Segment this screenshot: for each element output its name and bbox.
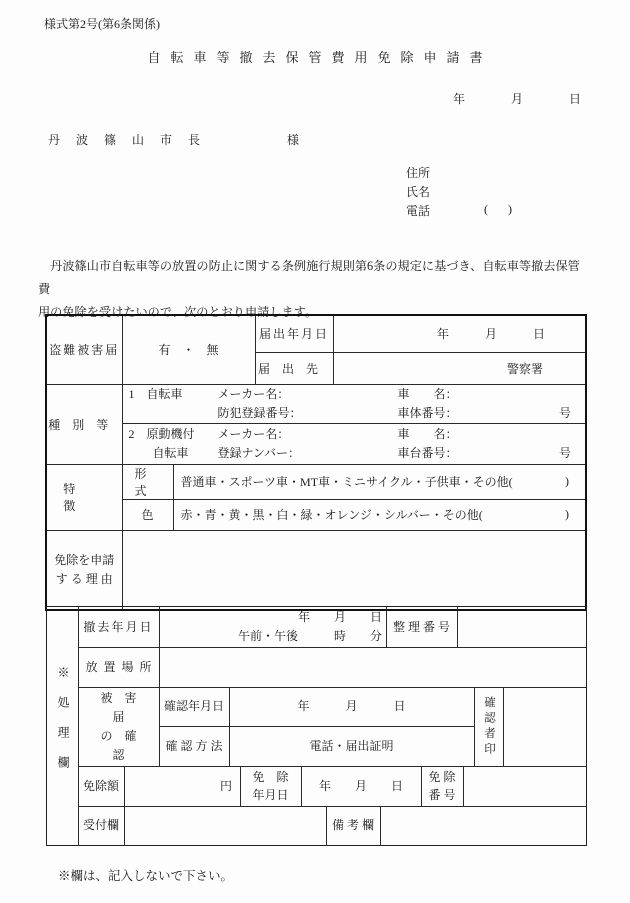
- report-date-value: 年 月 日: [333, 315, 586, 352]
- exemption-number-label: 免 除 番 号: [421, 766, 463, 806]
- phone-paren-close: ): [508, 202, 512, 217]
- theft-report-label: 盗難被害届: [46, 315, 122, 384]
- exemption-reason-label: 免除を申請 す る 理 由: [46, 530, 122, 610]
- feature-color-options: 赤・青・黄・黒・白・緑・オレンジ・シルバー・その他( ): [173, 499, 586, 530]
- report-dest-value: 警察署: [333, 352, 586, 384]
- processing-table: ※処理欄 撤去年月日 年 月 日 午前・午後 時 分 整理番号 放置場所 被害届…: [46, 606, 587, 846]
- date-year-label: 年: [453, 90, 465, 107]
- date-month-label: 月: [511, 90, 523, 107]
- bicycle-unit-label: 号: [559, 404, 571, 423]
- footnote: ※欄は、記入しないで下さい。: [58, 866, 233, 884]
- feature-type-label: 形式: [122, 464, 173, 499]
- check-method-label: 確認方法: [159, 726, 229, 766]
- check-date-label: 確認年月日: [159, 687, 229, 726]
- checker-seal-field: [503, 687, 586, 766]
- bicycle-reg-label: 防犯登録番号：: [218, 404, 302, 423]
- checker-seal-label: 確認者印: [474, 687, 503, 766]
- check-date-value: 年 月 日: [229, 687, 474, 726]
- reception-label: 受付欄: [78, 806, 124, 845]
- feature-color-label: 色: [122, 499, 173, 530]
- moped-row: 2 原動機付 メーカー名： 車 名： 自転車 登録ナンバー： 車台番号： 号: [122, 423, 586, 464]
- form-code: 様式第2号(第6条関係): [44, 15, 160, 32]
- exemption-number-field: [463, 766, 586, 806]
- address-label: 住所: [406, 164, 430, 183]
- date-line: 年 月 日: [453, 90, 581, 107]
- moped-unit-label: 号: [559, 444, 571, 463]
- removal-date-line2: 午前・午後 時 分: [238, 627, 382, 646]
- bicycle-maker-label: メーカー名：: [218, 385, 290, 404]
- bicycle-body-no-label: 車体番号：: [398, 404, 458, 423]
- report-check-label: 被害届 の確認: [78, 687, 159, 766]
- feature-type-options-text: 普通車・スポーツ車・MT車・ミニサイクル・子供車・その他(: [181, 473, 513, 490]
- phone-label: 電話: [406, 202, 430, 221]
- serial-number-label: 整理番号: [386, 607, 457, 647]
- exemption-reason-field: [122, 530, 586, 610]
- report-date-label: 届出年月日: [255, 315, 333, 352]
- features-label: 特徴: [46, 464, 122, 530]
- date-day-label: 日: [569, 90, 581, 107]
- check-method-value: 電話・届出証明: [229, 726, 474, 766]
- bicycle-no-name: 1 自転車: [129, 385, 183, 404]
- name-label: 氏名: [406, 183, 430, 202]
- exemption-date-label: 免 除 年月日: [240, 766, 301, 806]
- applicant-block: 住所 氏名 電話: [406, 164, 430, 221]
- addressee: 丹波篠山市長: [48, 131, 216, 148]
- application-table: 盗難被害届 有 ・ 無 届出年月日 年 月 日 届出先 警察署 種別等 1 自転…: [45, 314, 587, 611]
- removal-date-value: 年 月 日 午前・午後 時 分: [159, 607, 386, 647]
- feature-color-paren-close: ): [565, 507, 569, 522]
- exemption-amount-label: 免除額: [78, 766, 124, 806]
- moped-body-no-label: 車台番号：: [398, 444, 458, 463]
- exemption-amount-unit: 円: [124, 766, 240, 806]
- vehicle-type-label: 種別等: [46, 384, 122, 464]
- moped-car-name-label: 車 名：: [398, 425, 458, 444]
- remarks-field: [380, 806, 586, 845]
- page-title: 自転車等撤去保管費用免除申請書: [0, 47, 630, 66]
- abandoned-location-label: 放置場所: [78, 647, 159, 687]
- remarks-label: 備考欄: [326, 806, 380, 845]
- moped-maker-label: メーカー名：: [218, 425, 290, 444]
- removal-date-line1: 年 月 日: [298, 608, 382, 627]
- exemption-date-value: 年 月 日: [301, 766, 421, 806]
- moped-reg-label: 登録ナンバー：: [218, 444, 301, 463]
- removal-date-label: 撤去年月日: [78, 607, 159, 647]
- serial-number-field: [457, 607, 586, 647]
- bicycle-car-name-label: 車 名：: [398, 385, 458, 404]
- feature-type-options: 普通車・スポーツ車・MT車・ミニサイクル・子供車・その他( ): [173, 464, 586, 499]
- report-dest-label: 届出先: [255, 352, 333, 384]
- reception-field: [124, 806, 326, 845]
- abandoned-location-field: [159, 647, 586, 687]
- theft-report-value: 有 ・ 無: [122, 315, 255, 384]
- phone-paren-open: (: [484, 202, 488, 217]
- feature-color-options-text: 赤・青・黄・黒・白・緑・オレンジ・シルバー・その他(: [181, 506, 483, 523]
- moped-name2: 自転車: [153, 444, 189, 463]
- feature-type-paren-close: ): [565, 474, 569, 489]
- addressee-honorific: 様: [287, 131, 299, 148]
- bicycle-row: 1 自転車 メーカー名： 車 名： 防犯登録番号： 車体番号： 号: [122, 384, 586, 423]
- moped-no-name: 2 原動機付: [129, 425, 195, 444]
- processing-column-label: ※処理欄: [47, 607, 78, 845]
